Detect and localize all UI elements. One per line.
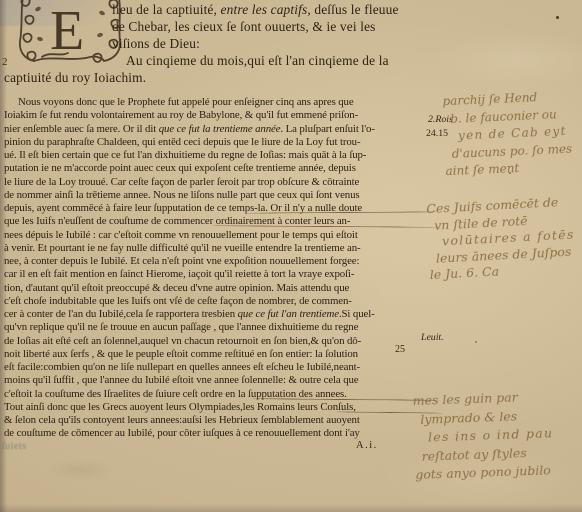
commentary-line: c'eſt choſe indubitable que les Iuifs on… (4, 295, 440, 308)
commentary-line: pinion du paraphraſte Chaldeen, qui entē… (4, 136, 440, 149)
commentary-line: & ſelon cela qu'ils contoyent leurs anne… (4, 414, 440, 427)
commentary-line: le liure de la Loy trouué. Car ceſte faç… (4, 176, 440, 189)
quote-line: de Chebar, les cieux ſe ſont ouuerts, & … (112, 19, 376, 35)
ink-speck (509, 172, 511, 174)
commentary-line: ué. Il eſt bien certain que ce fut l'an … (4, 149, 440, 162)
commentary-line: de nommer ainſi la trētieme annee. Nous … (4, 189, 440, 202)
verse-number: 2 (2, 56, 8, 68)
commentary-text: Nous voyons donc que le Prophete fut app… (4, 96, 440, 441)
commentary-line: depuis, ayent commēcé à faire leur ſuppu… (4, 202, 440, 215)
commentary-line: Nous voyons donc que le Prophete fut app… (4, 96, 440, 109)
commentary-line: qu'vn replique qu'il ne ſe trouue en auc… (4, 321, 440, 334)
commentary-line: cer à conter de l'an du Iubilé,cela ſe r… (4, 308, 440, 321)
commentary-line: noit liberté aux ſerfs , & que le peuple… (4, 348, 440, 361)
handwritten-marginalia-bottom: mes les guin parlymprado & lesles ins o … (412, 386, 582, 485)
initial-letter: E (50, 0, 84, 62)
commentary-line: eſt facile:combien qu'on ne liſe nullepa… (4, 361, 440, 374)
margin-ref-leviticus-num: 25 (395, 344, 405, 355)
quote-line-verse-2: Au cinqieme du mois,qui eſt l'an cinqiem… (126, 53, 389, 69)
commentary-line: tion, d'autant qu'il eſtoit preoccupé & … (4, 282, 440, 295)
commentary-line: nee, à conter depuis le Iubilé. Et cela … (4, 255, 440, 268)
commentary-line: car il en eſt fait mention en ſainct Hie… (4, 268, 440, 281)
foliate-ornament-icon: E (14, 0, 126, 65)
commentary-line: nier enſemble auec ſa mere. Or il dit qu… (4, 123, 440, 136)
margin-ref-leviticus: Leuit. (421, 332, 444, 343)
commentary-line: de Ioſias ait eſté ceſt an ſolennel,auqu… (4, 335, 440, 348)
commentary-line: à venir. Et pourtant ie ne fay nulle dif… (4, 242, 440, 255)
bottom-shadow (0, 504, 582, 512)
quote-line: lieu de la captiuité, entre les captifs,… (112, 2, 399, 18)
commentary-line: Ioiakim ſe fut rendu volontairement au r… (4, 109, 440, 122)
ink-speck (475, 341, 477, 343)
signature-mark: A.i. (356, 440, 378, 451)
commentary-line: de couſtume de cōmencer au Iubilé, pour … (4, 427, 440, 440)
quote-line: viſions de Dieu: (112, 36, 200, 52)
woodcut-initial: E (14, 0, 126, 65)
book-page: E lieu de la captiuité, entre les captif… (0, 0, 582, 512)
quote-line: captiuité du roy Ioiachim. (4, 70, 146, 86)
commentary-line: putation ie ne m'accorde point auec ceux… (4, 162, 440, 175)
ink-speck (556, 16, 559, 19)
commentary-line: moins qu'il ſuffit , que l'annee du Iubi… (4, 374, 440, 387)
show-through-text: ſuiets (2, 441, 27, 452)
commentary-line: nees dépuis le Iubilé : car c'eſtoit com… (4, 229, 440, 242)
handwritten-marginalia-middle: Ces Juifs comēcēt devn ſtile de rotēvolū… (426, 193, 582, 284)
handwritten-marginalia-top: parchij ſe Hendb. le fauconier ouyen de … (442, 87, 582, 181)
